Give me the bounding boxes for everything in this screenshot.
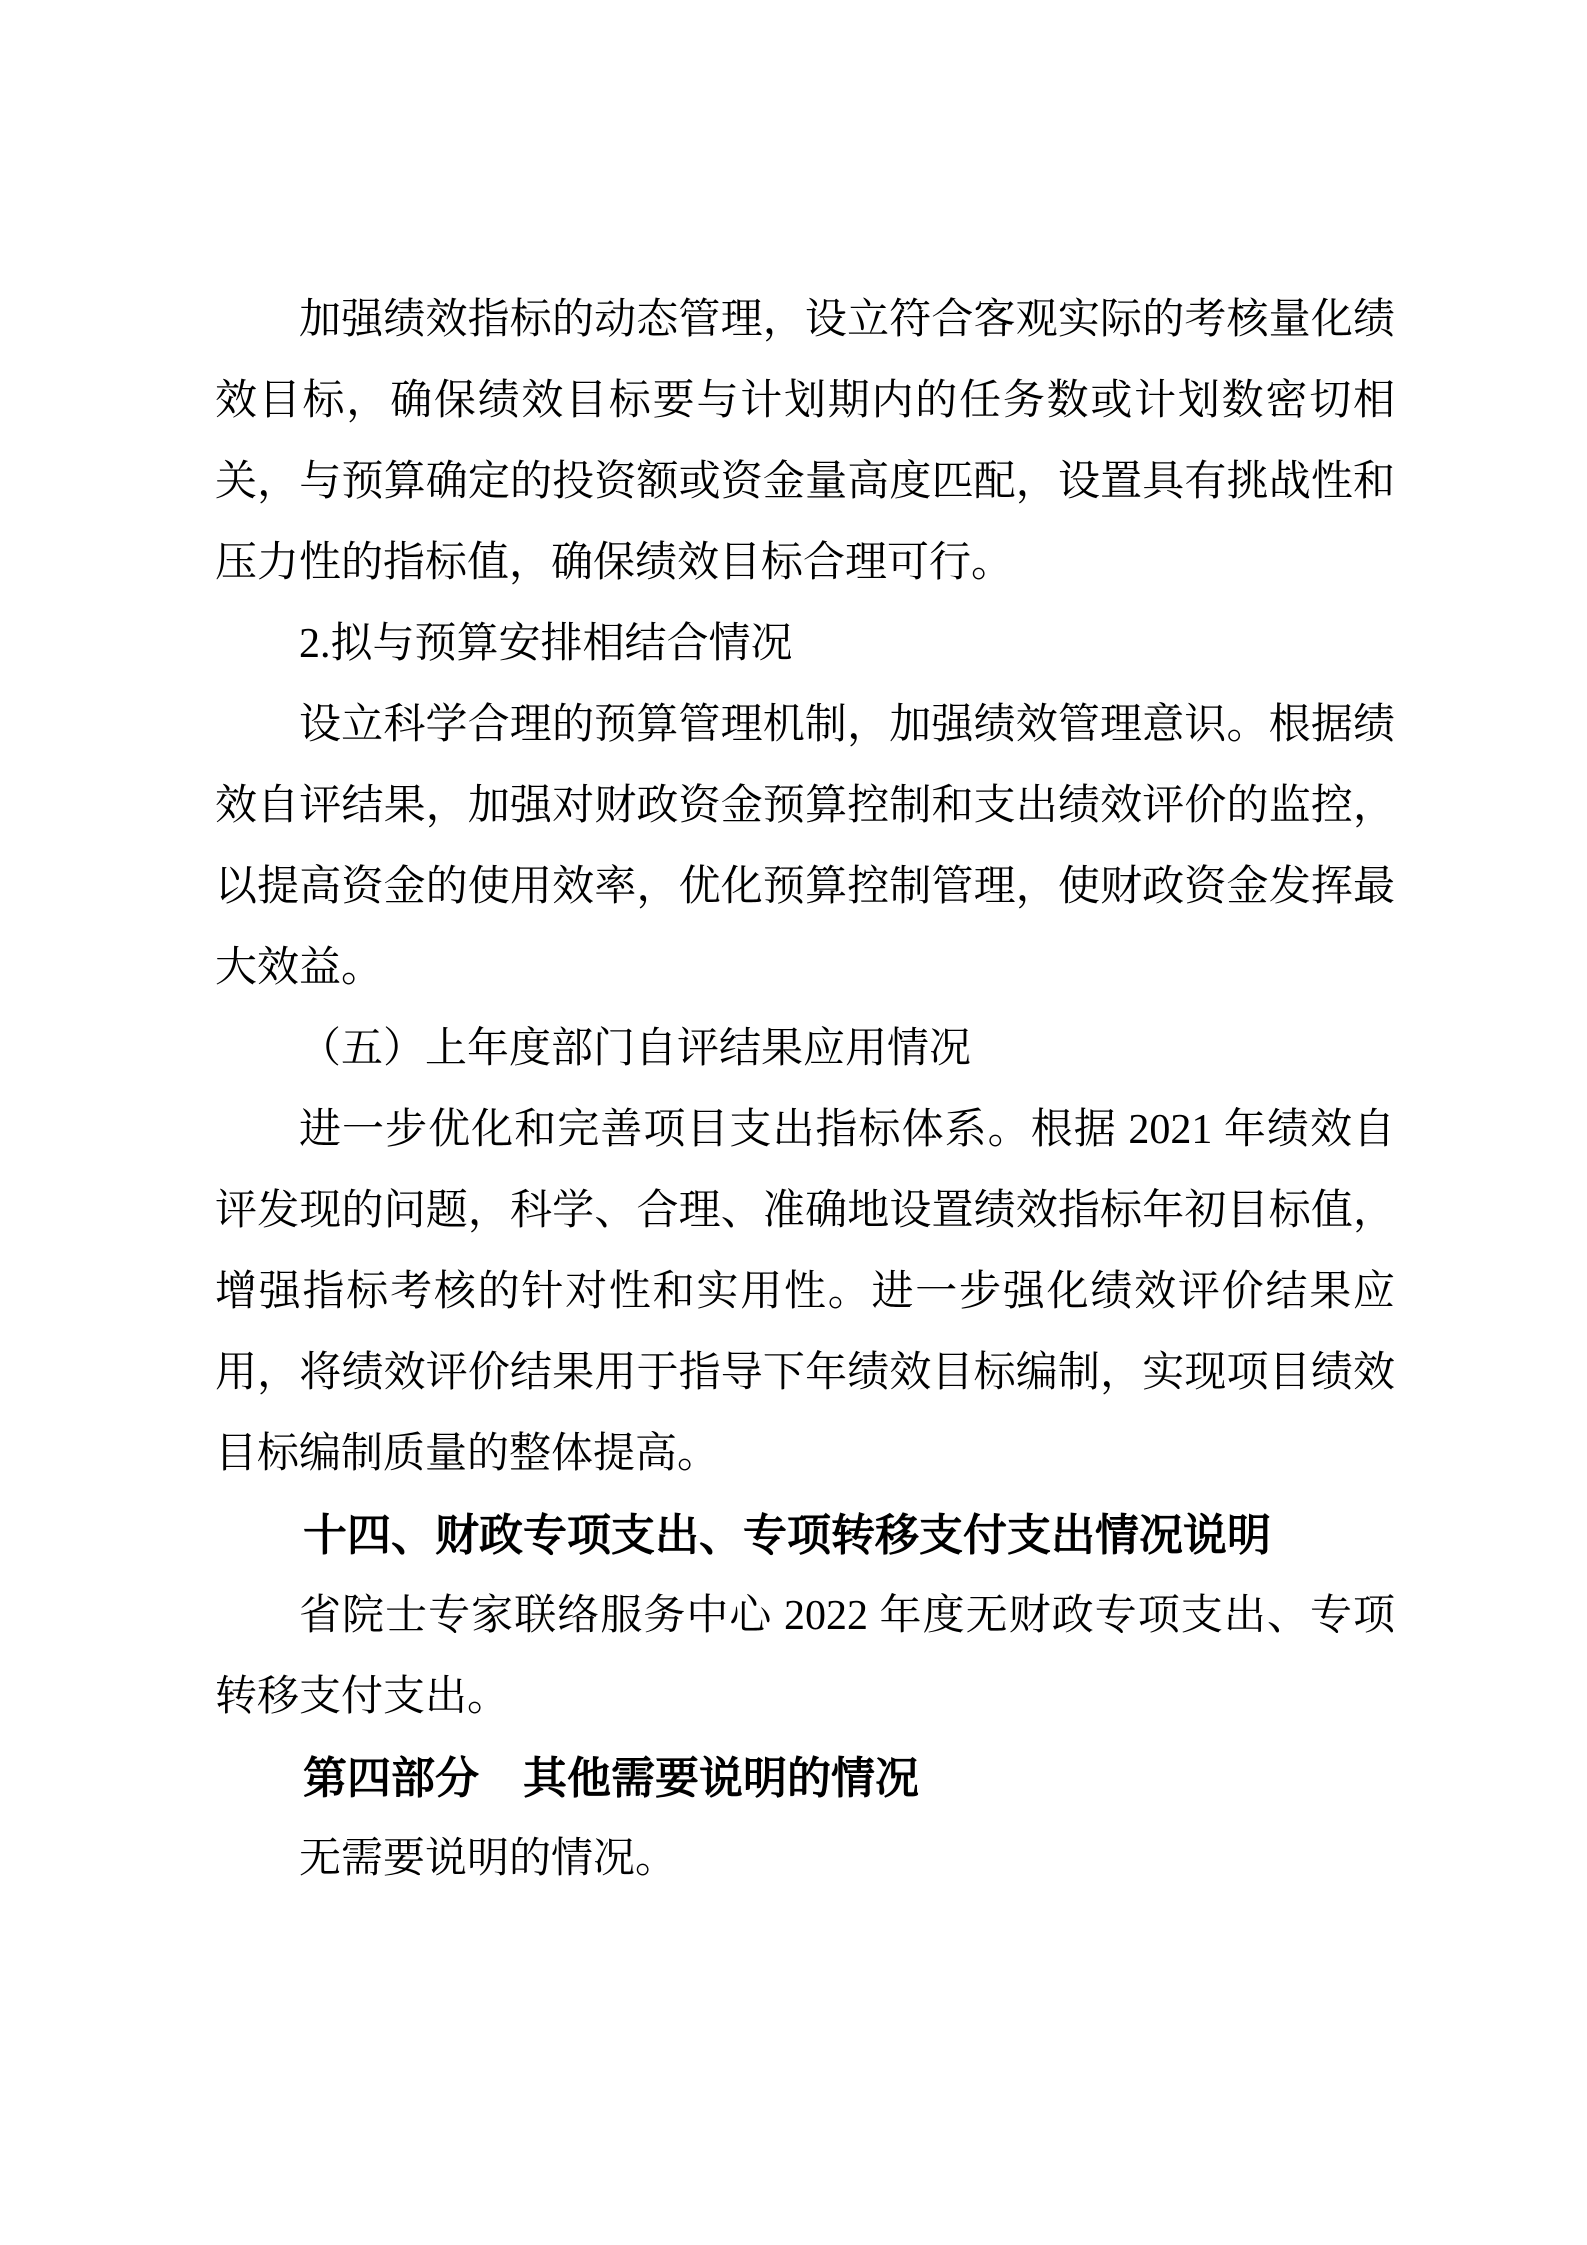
body-paragraph: 进一步优化和完善项目支出指标体系。根据 2021 年绩效自评发现的问题，科学、合… bbox=[215, 1090, 1395, 1495]
body-paragraph: 无需要说明的情况。 bbox=[215, 1819, 1395, 1900]
body-paragraph: （五）上年度部门自评结果应用情况 bbox=[215, 1009, 1395, 1090]
section-heading: 第四部分 其他需要说明的情况 bbox=[215, 1738, 1395, 1819]
document-page: 加强绩效指标的动态管理，设立符合客观实际的考核量化绩效目标，确保绩效目标要与计划… bbox=[0, 0, 1587, 2245]
body-paragraph: 省院士专家联络服务中心 2022 年度无财政专项支出、专项转移支付支出。 bbox=[215, 1576, 1395, 1738]
body-paragraph: 加强绩效指标的动态管理，设立符合客观实际的考核量化绩效目标，确保绩效目标要与计划… bbox=[215, 280, 1395, 604]
body-paragraph: 2.拟与预算安排相结合情况 bbox=[215, 604, 1395, 685]
body-paragraph: 设立科学合理的预算管理机制，加强绩效管理意识。根据绩效自评结果，加强对财政资金预… bbox=[215, 685, 1395, 1009]
section-heading: 十四、财政专项支出、专项转移支付支出情况说明 bbox=[215, 1495, 1395, 1576]
